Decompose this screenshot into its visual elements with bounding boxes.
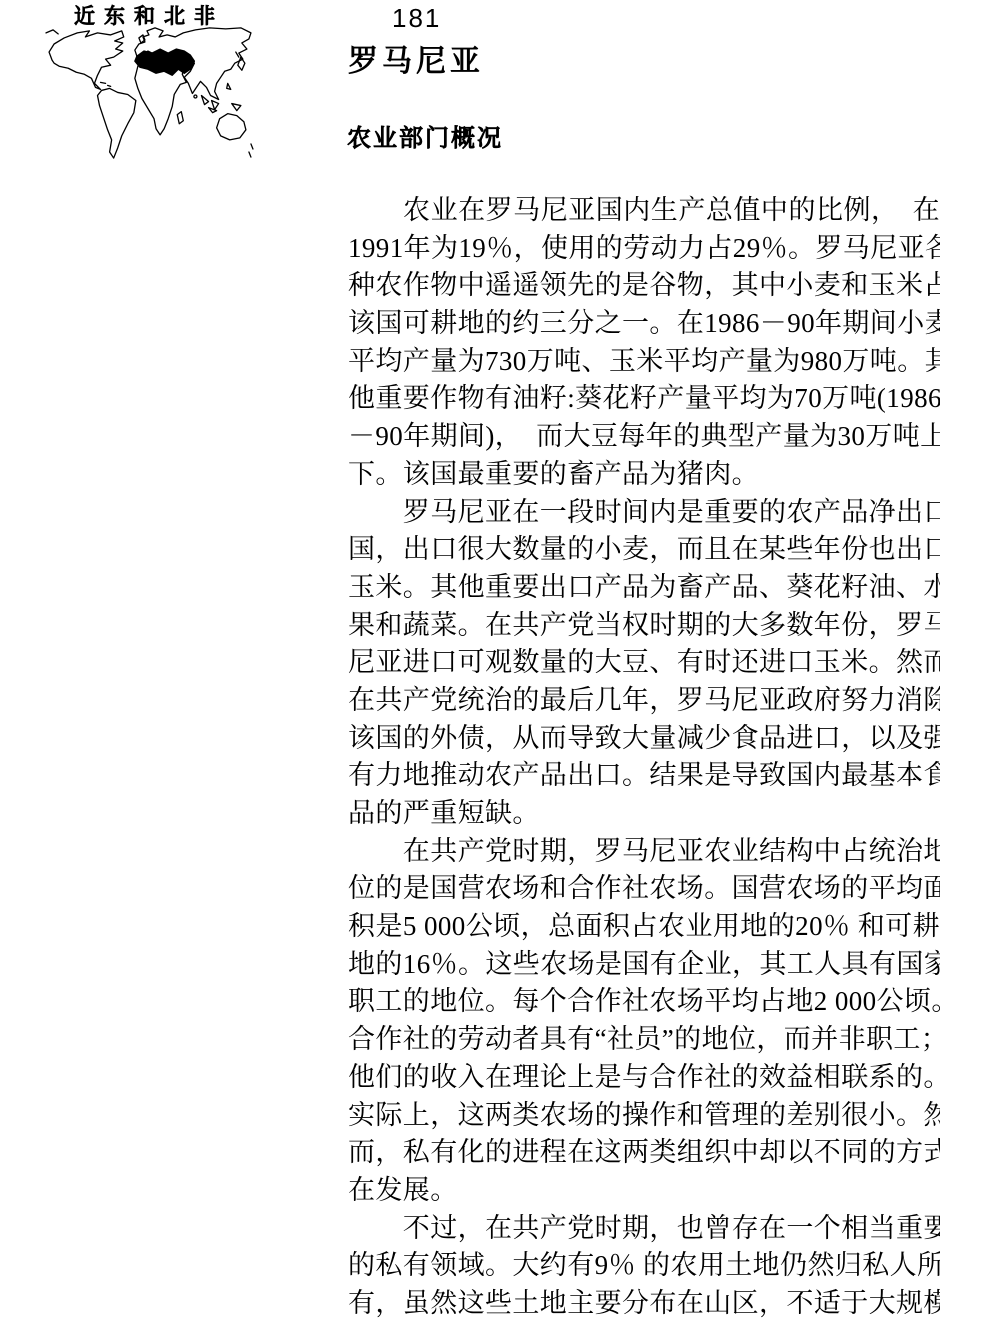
text-line: 合作社的劳动者具有“社员”的地位，而并非职工； — [348, 1021, 940, 1059]
text-line: 他们的收入在理论上是与合作社的效益相联系的。 — [348, 1059, 940, 1097]
text-line: 地的16％。这些农场是国有企业，其工人具有国家 — [348, 946, 940, 984]
text-line: 的私有领域。大约有9％ 的农用土地仍然归私人所 — [348, 1247, 940, 1285]
text-line: 而，私有化的进程在这两类组织中却以不同的方式 — [348, 1134, 940, 1172]
text-line: 果和蔬菜。在共产党当权时期的大多数年份，罗马 — [348, 607, 940, 645]
text-line: 有，虽然这些土地主要分布在山区，不适于大规模 — [348, 1285, 940, 1318]
text-line: 积是5 000公顷，总面积占农业用地的20％ 和可耕 — [348, 908, 940, 946]
text-line: 在发展。 — [348, 1172, 940, 1210]
country-title: 罗马尼亚 — [348, 36, 484, 80]
text-line: 有力地推动农产品出口。结果是导致国内最基本食 — [348, 757, 940, 795]
text-line: 位的是国营农场和合作社农场。国营农场的平均面 — [348, 870, 940, 908]
text-line: 罗马尼亚在一段时间内是重要的农产品净出口 — [348, 494, 940, 532]
text-line: 农业在罗马尼亚国内生产总值中的比例， 在 — [348, 192, 940, 230]
text-line: 1991年为19％，使用的劳动力占29％。罗马尼亚各 — [348, 230, 940, 268]
world-map-inset — [44, 25, 258, 170]
text-line: －90年期间)， 而大豆每年的典型产量为30万吨上 — [348, 418, 940, 456]
nena-highlight-region — [135, 49, 195, 75]
text-line: 国，出口很大数量的小麦，而且在某些年份也出口 — [348, 531, 940, 569]
text-line: 不过，在共产党时期，也曾存在一个相当重要 — [348, 1210, 940, 1248]
text-line: 平均产量为730万吨、玉米平均产量为980万吨。其 — [348, 343, 940, 381]
text-line: 他重要作物有油籽:葵花籽产量平均为70万吨(1986 — [348, 380, 940, 418]
text-line: 该国可耕地的约三分之一。在1986－90年期间小麦 — [348, 305, 940, 343]
scanned-document-page: 近东和北非 — [0, 0, 1000, 1318]
text-line: 玉米。其他重要出口产品为畜产品、葵花籽油、水 — [348, 569, 940, 607]
text-line: 在共产党统治的最后几年，罗马尼亚政府努力消除 — [348, 682, 940, 720]
text-line: 下。该国最重要的畜产品为猪肉。 — [348, 456, 940, 494]
text-line: 在共产党时期，罗马尼亚农业结构中占统治地 — [348, 833, 940, 871]
section-heading: 农业部门概况 — [347, 118, 503, 153]
text-line: 种农作物中遥遥领先的是谷物，其中小麦和玉米占 — [348, 267, 940, 305]
text-line: 职工的地位。每个合作社农场平均占地2 000公顷。 — [348, 983, 940, 1021]
world-map-near-east-north-africa-icon — [44, 25, 258, 170]
text-line: 品的严重短缺。 — [348, 795, 940, 833]
text-line: 该国的外债，从而导致大量减少食品进口，以及强 — [348, 720, 940, 758]
text-line: 实际上，这两类农场的操作和管理的差别很小。然 — [348, 1097, 940, 1135]
text-line: 尼亚进口可观数量的大豆、有时还进口玉米。然而， — [348, 644, 940, 682]
body-text: 农业在罗马尼亚国内生产总值中的比例， 在1991年为19％，使用的劳动力占29％… — [348, 192, 940, 1318]
page-number: 181 — [392, 3, 441, 34]
